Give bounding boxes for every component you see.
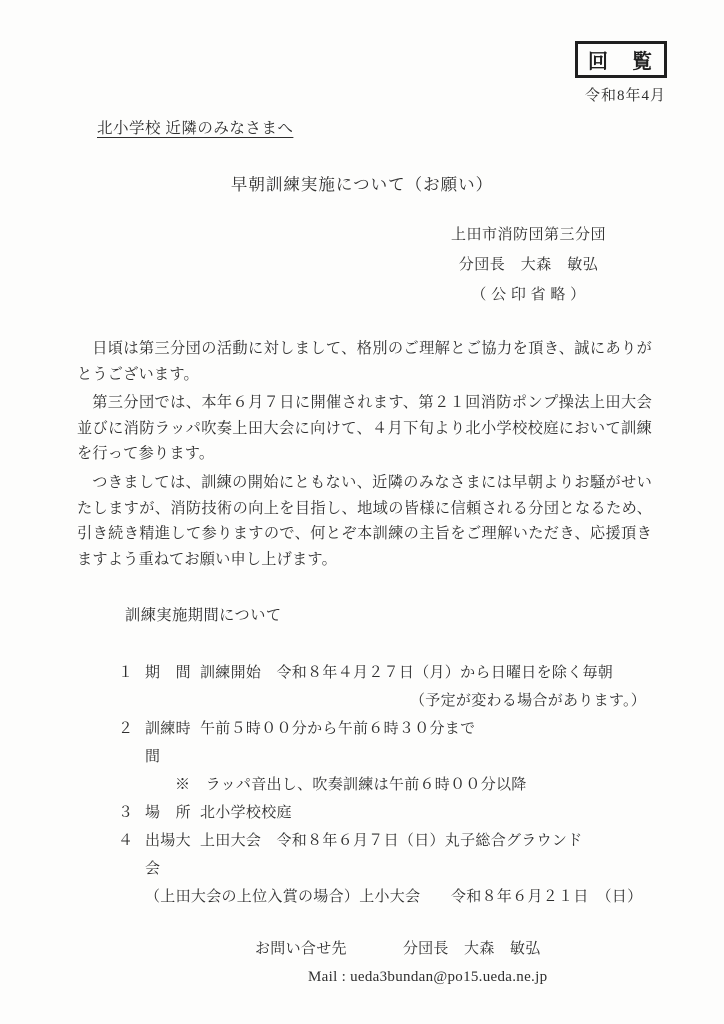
item-text: 訓練開始 令和８年４月２７日（月）から日曜日を除く毎朝 [200, 659, 684, 687]
sender-block: 上田市消防団第三分団 分団長 大森 敏弘 （ 公 印 省 略 ） [451, 220, 606, 310]
item-label: 出場大会 [145, 827, 200, 883]
item-note: （上田大会の上位入賞の場合）上小大会 令和８年６月２１日 （日） [145, 883, 684, 911]
contact-line: お問い合せ先 分団長 大森 敏弘 [255, 935, 724, 963]
item-number: ４ [118, 827, 145, 883]
item-number: １ [118, 659, 145, 687]
item-row: ４ 出場大会 上田大会 令和８年６月７日（日）丸子総合グラウンド [118, 827, 684, 883]
list-item-period: １ 期 間 訓練開始 令和８年４月２７日（月）から日曜日を除く毎朝 （予定が変わ… [118, 659, 684, 715]
item-number: ２ [118, 715, 145, 771]
item-row: ２ 訓練時間 午前５時００分から午前６時３０分まで [118, 715, 684, 771]
item-number: ３ [118, 799, 145, 827]
paragraph-training-plan: 第三分団では、本年６月７日に開催されます、第２１回消防ポンプ操法上田大会並びに消… [77, 390, 652, 467]
item-note: （予定が変わる場合があります。） [410, 687, 684, 715]
circulation-stamp: 回 覧 [575, 41, 667, 78]
section-heading: 訓練実施期間について [125, 604, 724, 625]
body-text: 日頃は第三分団の活動に対しまして、格別のご理解とご協力を頂き、誠にありがとうござ… [77, 336, 652, 572]
item-label: 訓練時間 [145, 715, 200, 771]
contact-block: お問い合せ先 分団長 大森 敏弘 Mail : ueda3bundan@po15… [0, 935, 724, 991]
item-text: 北小学校校庭 [200, 799, 684, 827]
list-item-hours: ２ 訓練時間 午前５時００分から午前６時３０分まで ※ ラッパ音出し、吹奏訓練は… [118, 715, 684, 799]
scanned-notice-page: 回 覧 令和8年4月 北小学校 近隣のみなさまへ 早朝訓練実施について（お願い）… [0, 0, 724, 1024]
item-text: 午前５時００分から午前６時３０分まで [200, 715, 684, 771]
contact-label: お問い合せ先 [255, 935, 347, 963]
document-title: 早朝訓練実施について（お願い） [0, 171, 724, 195]
contact-person: 分団長 大森 敏弘 [403, 935, 541, 963]
list-item-competitions: ４ 出場大会 上田大会 令和８年６月７日（日）丸子総合グラウンド （上田大会の上… [118, 827, 684, 911]
paragraph-greeting: 日頃は第三分団の活動に対しまして、格別のご理解とご協力を頂き、誠にありがとうござ… [77, 336, 652, 387]
sender-head: 分団長 大森 敏弘 [451, 250, 606, 280]
item-row: ３ 場 所 北小学校校庭 [118, 799, 684, 827]
item-note: ※ ラッパ音出し、吹奏訓練は午前６時００分以降 [175, 771, 684, 799]
list-item-place: ３ 場 所 北小学校校庭 [118, 799, 684, 827]
schedule-list: １ 期 間 訓練開始 令和８年４月２７日（月）から日曜日を除く毎朝 （予定が変わ… [118, 659, 684, 911]
item-label: 場 所 [145, 799, 200, 827]
item-label: 期 間 [145, 659, 200, 687]
seal-omitted-note: （ 公 印 省 略 ） [451, 280, 606, 310]
sender-organization: 上田市消防団第三分団 [451, 220, 606, 250]
item-row: １ 期 間 訓練開始 令和８年４月２７日（月）から日曜日を除く毎朝 [118, 659, 684, 687]
addressee-line: 北小学校 近隣のみなさまへ [97, 116, 293, 138]
circulation-stamp-label: 回 覧 [588, 45, 654, 74]
paragraph-apology-request: つきましては、訓練の開始にともない、近隣のみなさまには早朝よりお騒がせいたします… [77, 470, 652, 572]
contact-mail: Mail : ueda3bundan@po15.ueda.ne.jp [308, 963, 724, 991]
item-text: 上田大会 令和８年６月７日（日）丸子総合グラウンド [200, 827, 684, 883]
